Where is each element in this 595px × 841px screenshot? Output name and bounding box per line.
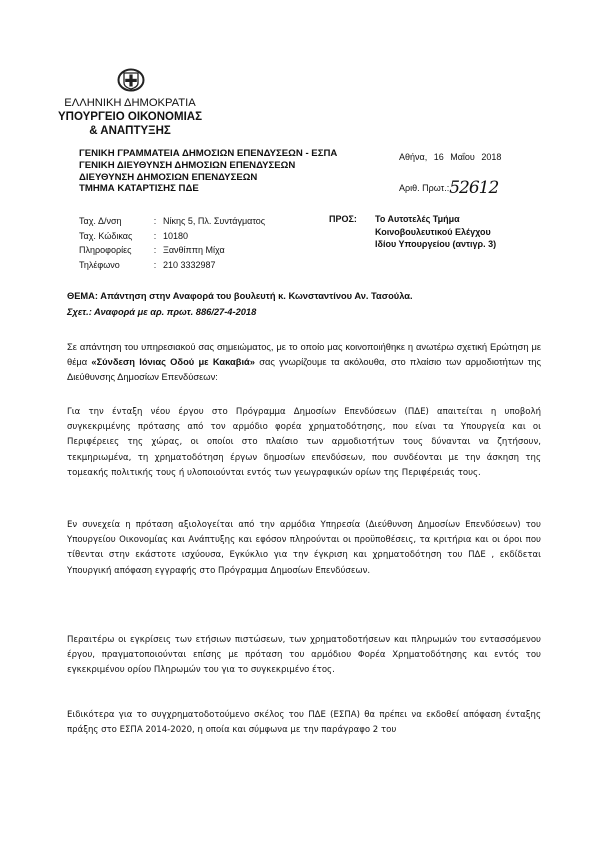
- recipient-indent: [329, 226, 375, 239]
- contact-value: Νίκης 5, Πλ. Συντάγματος: [163, 214, 265, 229]
- contact-value: 210 3332987: [163, 258, 216, 273]
- department-block: ΓΕΝΙΚΗ ΓΡΑΜΜΑΤΕΙΑ ΔΗΜΟΣΙΩΝ ΕΠΕΝΔΥΣΕΩΝ - …: [79, 148, 337, 195]
- recipient-block: ΠΡΟΣ: Το Αυτοτελές Τμήμα Κοινοβουλευτικο…: [329, 213, 496, 251]
- recipient-indent: [329, 238, 375, 251]
- date-line: Αθήνα, 16 Μαΐου 2018: [399, 152, 501, 162]
- republic-name: ΕΛΛΗΝΙΚΗ ΔΗΜΟΚΡΑΤΙΑ: [60, 96, 200, 110]
- contact-block: Ταχ. Δ/νση : Νίκης 5, Πλ. Συντάγματος Τα…: [79, 214, 265, 272]
- body-paragraph-3: Εν συνεχεία η πρόταση αξιολογείται από τ…: [67, 518, 541, 579]
- recipient-line: Κοινοβουλευτικού Ελέγχου: [375, 226, 491, 239]
- contact-row-address: Ταχ. Δ/νση : Νίκης 5, Πλ. Συντάγματος: [79, 214, 265, 229]
- recipient-line: Ιδίου Υπουργείου (αντιγρ. 3): [375, 238, 496, 251]
- department-line: ΔΙΕΥΘΥΝΣΗ ΔΗΜΟΣΙΩΝ ΕΠΕΝΔΥΣΕΩΝ: [79, 172, 337, 184]
- contact-sep: :: [147, 258, 163, 273]
- ministry-name-line2: & ΑΝΑΠΤΥΞΗΣ: [55, 124, 205, 138]
- contact-value: 10180: [163, 229, 188, 244]
- contact-sep: :: [147, 214, 163, 229]
- contact-label: Πληροφορίες: [79, 243, 147, 258]
- reference-line: Σχετ.: Αναφορά με αρ. πρωτ. 886/27-4-201…: [67, 307, 256, 317]
- body-paragraph-1: Σε απάντηση του υπηρεσιακού σας σημειώμα…: [67, 340, 541, 386]
- department-line: ΓΕΝΙΚΗ ΓΡΑΜΜΑΤΕΙΑ ΔΗΜΟΣΙΩΝ ΕΠΕΝΔΥΣΕΩΝ - …: [79, 148, 337, 160]
- body-paragraph-5: Ειδικότερα για το συγχρηματοδοτούμενο σκ…: [67, 708, 541, 738]
- department-line: ΤΜΗΜΑ ΚΑΤΑΡΤΙΣΗΣ ΠΔΕ: [79, 183, 337, 195]
- department-line: ΓΕΝΙΚΗ ΔΙΕΥΘΥΝΣΗ ΔΗΜΟΣΙΩΝ ΕΠΕΝΔΥΣΕΩΝ: [79, 160, 337, 172]
- body-paragraph-4: Περαιτέρω οι εγκρίσεις των ετήσιων πιστώ…: [67, 633, 541, 679]
- body-paragraph-2: Για την ένταξη νέου έργου στο Πρόγραμμα …: [67, 405, 541, 481]
- handwritten-protocol-number: 52612: [449, 178, 498, 198]
- contact-sep: :: [147, 229, 163, 244]
- ministry-name: ΥΠΟΥΡΓΕΙΟ ΟΙΚΟΝΟΜΙΑΣ: [55, 110, 205, 124]
- contact-label: Ταχ. Κώδικας: [79, 229, 147, 244]
- contact-label: Τηλέφωνο: [79, 258, 147, 273]
- contact-label: Ταχ. Δ/νση: [79, 214, 147, 229]
- recipient-row: Κοινοβουλευτικού Ελέγχου: [329, 226, 496, 239]
- recipient-row: ΠΡΟΣ: Το Αυτοτελές Τμήμα: [329, 213, 496, 226]
- recipient-row: Ιδίου Υπουργείου (αντιγρ. 3): [329, 238, 496, 251]
- recipient-line: Το Αυτοτελές Τμήμα: [375, 213, 460, 226]
- contact-sep: :: [147, 243, 163, 258]
- contact-row-phone: Τηλέφωνο : 210 3332987: [79, 258, 265, 273]
- subject-line: ΘΕΜΑ: Απάντηση στην Αναφορά του βουλευτή…: [67, 291, 413, 301]
- contact-row-info: Πληροφορίες : Ξανθίππη Μίχα: [79, 243, 265, 258]
- greek-coat-of-arms-icon: [117, 68, 145, 92]
- contact-value: Ξανθίππη Μίχα: [163, 243, 225, 258]
- protocol-number: Αριθ. Πρωτ.:52612: [399, 176, 498, 196]
- question-title: «Σύνδεση Ιόνιας Οδού με Κακαβιά»: [91, 357, 255, 367]
- protocol-label: Αριθ. Πρωτ.:: [399, 183, 449, 193]
- recipient-label: ΠΡΟΣ:: [329, 213, 375, 226]
- contact-row-postcode: Ταχ. Κώδικας : 10180: [79, 229, 265, 244]
